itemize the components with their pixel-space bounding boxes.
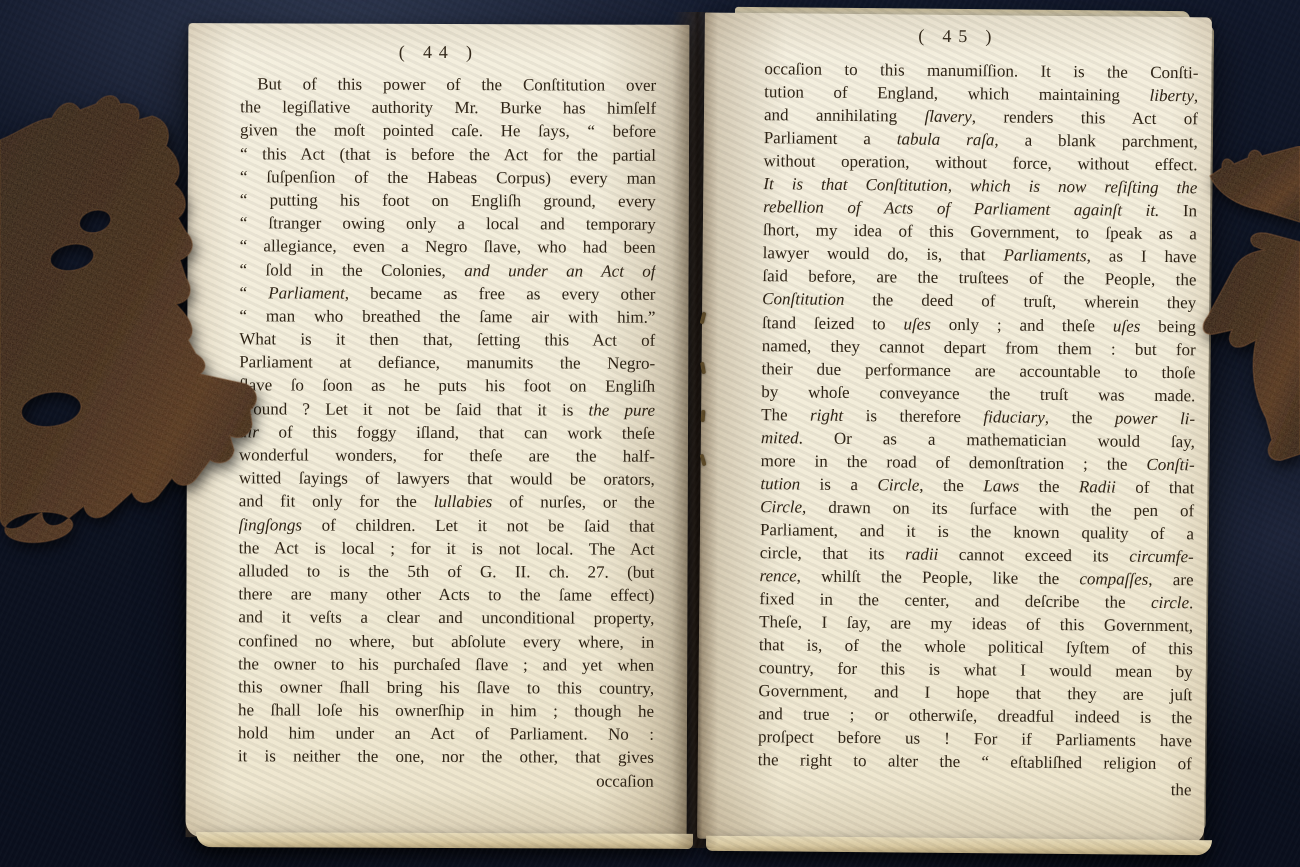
text-line: the owner to his purchaſed ſlave ; and y… [238, 652, 654, 677]
page-number-44: ( 44 ) [188, 41, 689, 64]
text-line: ſlave ſo ſoon as he puts his foot on Eng… [239, 374, 655, 399]
page-45-text-column: occaſion to this manumiſſion. It is the … [758, 57, 1199, 776]
text-line: alluded to is the 5th of G. II. ch. 27. … [238, 559, 654, 584]
text-line: “ ſuſpenſion of the Habeas Corpus) every… [240, 165, 656, 190]
text-line: “ Parliament, became as free as every ot… [239, 281, 655, 306]
text-line: “ this Act (that is before the Act for t… [240, 142, 656, 167]
book-page-45: ( 45 ) occaſion to this manumiſſion. It … [697, 13, 1212, 844]
left-metal-clasp-icon [0, 92, 262, 544]
text-line: the right to alter the “ eſtabliſhed rel… [758, 749, 1192, 776]
text-line: “ putting his foot on Engliſh ground, ev… [240, 188, 656, 213]
page-number-45: ( 45 ) [705, 24, 1212, 50]
text-line: ground ? Let it not be ſaid that it is t… [239, 397, 655, 422]
catchword-44: occaſion [238, 768, 654, 793]
text-line: there are many other Acts to the ſame ef… [238, 582, 654, 607]
text-line: it is neither the one, nor the other, th… [238, 745, 654, 770]
text-line: given the moſt pointed caſe. He ſays, “ … [240, 119, 656, 144]
text-line: “ ſold in the Colonies, and under an Act… [240, 258, 656, 283]
text-line: Conſtitution the deed of truſt, wherein … [762, 288, 1196, 315]
text-line: wonderful wonders, for theſe are the hal… [239, 443, 655, 468]
text-line: witted ſayings of lawyers that would be … [239, 466, 655, 491]
text-line: and it veſts a clear and unconditional p… [238, 606, 654, 631]
text-line: the legiſlative authority Mr. Burke has … [240, 95, 656, 120]
text-line: this owner ſhall bring his ſlave to this… [238, 675, 654, 700]
text-line: air of this foggy iſland, that can work … [239, 420, 655, 445]
text-line: the Act is local ; for it is not local. … [239, 536, 655, 561]
catchword-45: the [757, 774, 1191, 802]
text-line: hold him under an Act of Parliament. No … [238, 722, 654, 747]
text-line: But of this power of the Conſtitution ov… [240, 72, 656, 97]
text-line: Parliament at defiance, manumits the Neg… [239, 351, 655, 376]
page-44-text-column: But of this power of the Conſtitution ov… [238, 72, 656, 769]
text-line: “ allegiance, even a Negro ſlave, who ha… [240, 235, 656, 260]
text-line: “ ſtranger owing only a local and tempor… [240, 211, 656, 236]
text-line: ſingſongs of children. Let it not be ſai… [239, 513, 655, 538]
text-line: “ man who breathed the ſame air with him… [239, 304, 655, 329]
right-metal-clasp-icon [1198, 146, 1300, 478]
text-line: confined no where, but abſolute every wh… [238, 629, 654, 654]
text-line: What is it then that, ſetting this Act o… [239, 327, 655, 352]
text-line: he ſhall loſe his ownerſhip in him ; tho… [238, 698, 654, 723]
photo-scene: ( 44 ) But of this power of the Conſtitu… [0, 0, 1300, 867]
text-line: and fit only for the lullabies of nurſes… [239, 490, 655, 515]
